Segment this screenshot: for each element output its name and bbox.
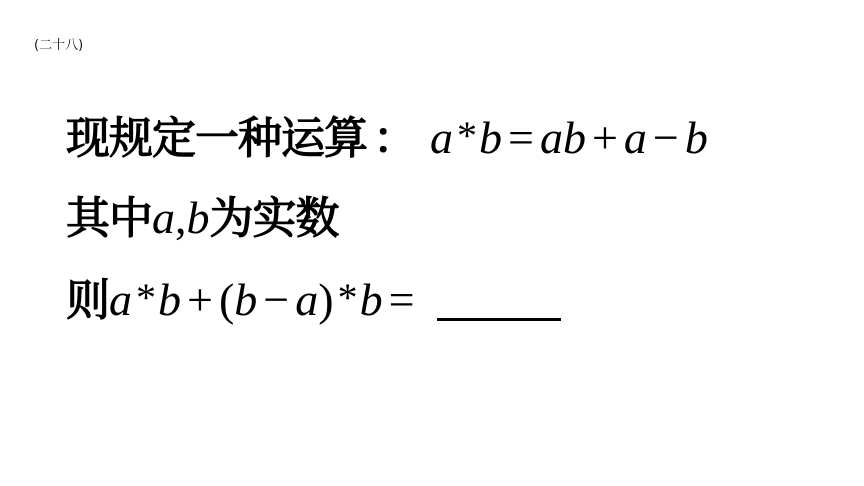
var-a: a [152, 192, 175, 243]
problem-number: (二十八) [34, 38, 83, 54]
star-operator: * [453, 113, 479, 158]
var-b: b [234, 274, 257, 325]
term-ab: ab [540, 112, 586, 163]
condition-prefix: 其中 [66, 189, 152, 249]
definition-text: 现规定一种运算 [66, 109, 367, 169]
question-line: 则 a*b+(b−a)*b= [66, 268, 561, 332]
minus-sign: − [647, 112, 685, 163]
plus-sign: + [181, 274, 219, 325]
var-a: a [109, 274, 132, 325]
star-operator: * [132, 275, 158, 320]
equals-sign: = [383, 274, 421, 325]
plus-sign: + [586, 112, 624, 163]
var-a: a [430, 112, 453, 163]
var-b: b [187, 192, 210, 243]
var-b: b [685, 112, 708, 163]
var-a: a [295, 274, 318, 325]
minus-sign: − [257, 274, 295, 325]
var-a: a [624, 112, 647, 163]
comma: , [175, 192, 187, 243]
star-operator: * [334, 275, 360, 320]
right-paren: ) [318, 274, 333, 325]
condition-line: 其中 a,b 为实数 [66, 188, 339, 249]
left-paren: ( [219, 274, 234, 325]
operation-definition-formula: a*b=ab+a−b [430, 108, 708, 170]
equals-sign: = [502, 112, 540, 163]
var-b: b [479, 112, 502, 163]
condition-suffix: 为实数 [210, 189, 339, 249]
var-b: b [158, 274, 181, 325]
question-formula: a*b+(b−a)*b= [109, 270, 421, 332]
var-b: b [360, 274, 383, 325]
definition-line: 现规定一种运算 ： a*b=ab+a−b [66, 108, 708, 170]
variables: a,b [152, 188, 210, 248]
question-prefix: 则 [66, 271, 109, 331]
colon: ： [367, 109, 430, 169]
answer-blank [437, 274, 561, 321]
